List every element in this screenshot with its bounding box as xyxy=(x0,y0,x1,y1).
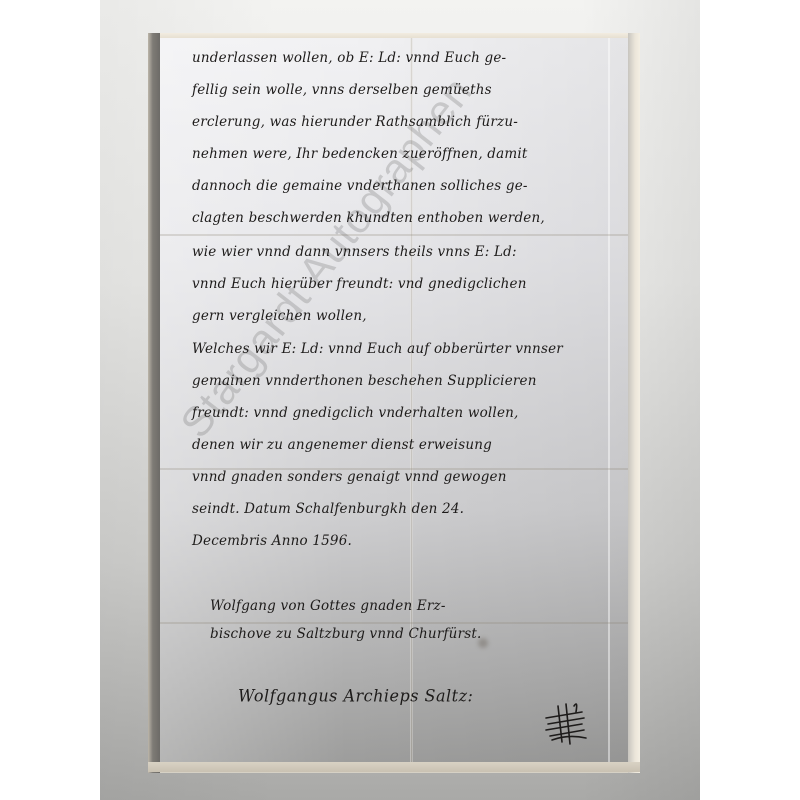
fold-crease-right xyxy=(608,38,610,762)
paraph-flourish-icon xyxy=(542,698,590,746)
body-line: wie wier vnnd dann vnnsers theils vnns E… xyxy=(192,244,517,261)
body-line: erclerung, was hierunder Rathsamblich fü… xyxy=(192,114,518,131)
body-line: gern vergleichen wollen, xyxy=(192,308,367,325)
closing-line: Wolfgang von Gottes gnaden Erz- xyxy=(210,598,446,615)
dateline: Decembris Anno 1596. xyxy=(192,533,352,550)
body-line: dannoch die gemaine vnderthanen solliche… xyxy=(192,178,528,195)
signature: Wolfgangus Archieps Saltz: xyxy=(238,686,473,706)
fold-crease-horizontal xyxy=(160,622,628,624)
body-line: denen wir zu angenemer dienst erweisung xyxy=(192,437,492,454)
body-line: gemainen vnnderthonen beschehen Supplici… xyxy=(192,373,537,390)
body-line: seindt. Datum Schalfenburgkh den 24. xyxy=(192,501,464,518)
mat-bevel-right xyxy=(628,33,640,773)
fold-crease-horizontal xyxy=(160,234,628,236)
body-line: Welches wir E: Ld: vnnd Euch auf obberür… xyxy=(192,341,563,358)
body-line: vnnd gnaden sonders genaigt vnnd gewogen xyxy=(192,469,507,486)
body-line: freundt: vnnd gnedigclich vnderhalten wo… xyxy=(192,405,519,422)
body-line: clagten beschwerden khundten enthoben we… xyxy=(192,210,545,227)
body-line: vnnd Euch hierüber freundt: vnd gnedigcl… xyxy=(192,276,527,293)
body-line: nehmen were, Ihr bedencken zueröffnen, d… xyxy=(192,146,528,163)
mat-bevel-bottom xyxy=(148,762,640,772)
manuscript-page: Stargardt Autographen underlassen wollen… xyxy=(160,38,628,762)
body-line: fellig sein wolle, vnns derselben gemüet… xyxy=(192,82,492,99)
body-line: underlassen wollen, ob E: Ld: vnnd Euch … xyxy=(192,50,506,67)
closing-line: bischove zu Saltzburg vnnd Churfürst. xyxy=(210,626,481,643)
mat-bevel-left xyxy=(148,33,160,773)
